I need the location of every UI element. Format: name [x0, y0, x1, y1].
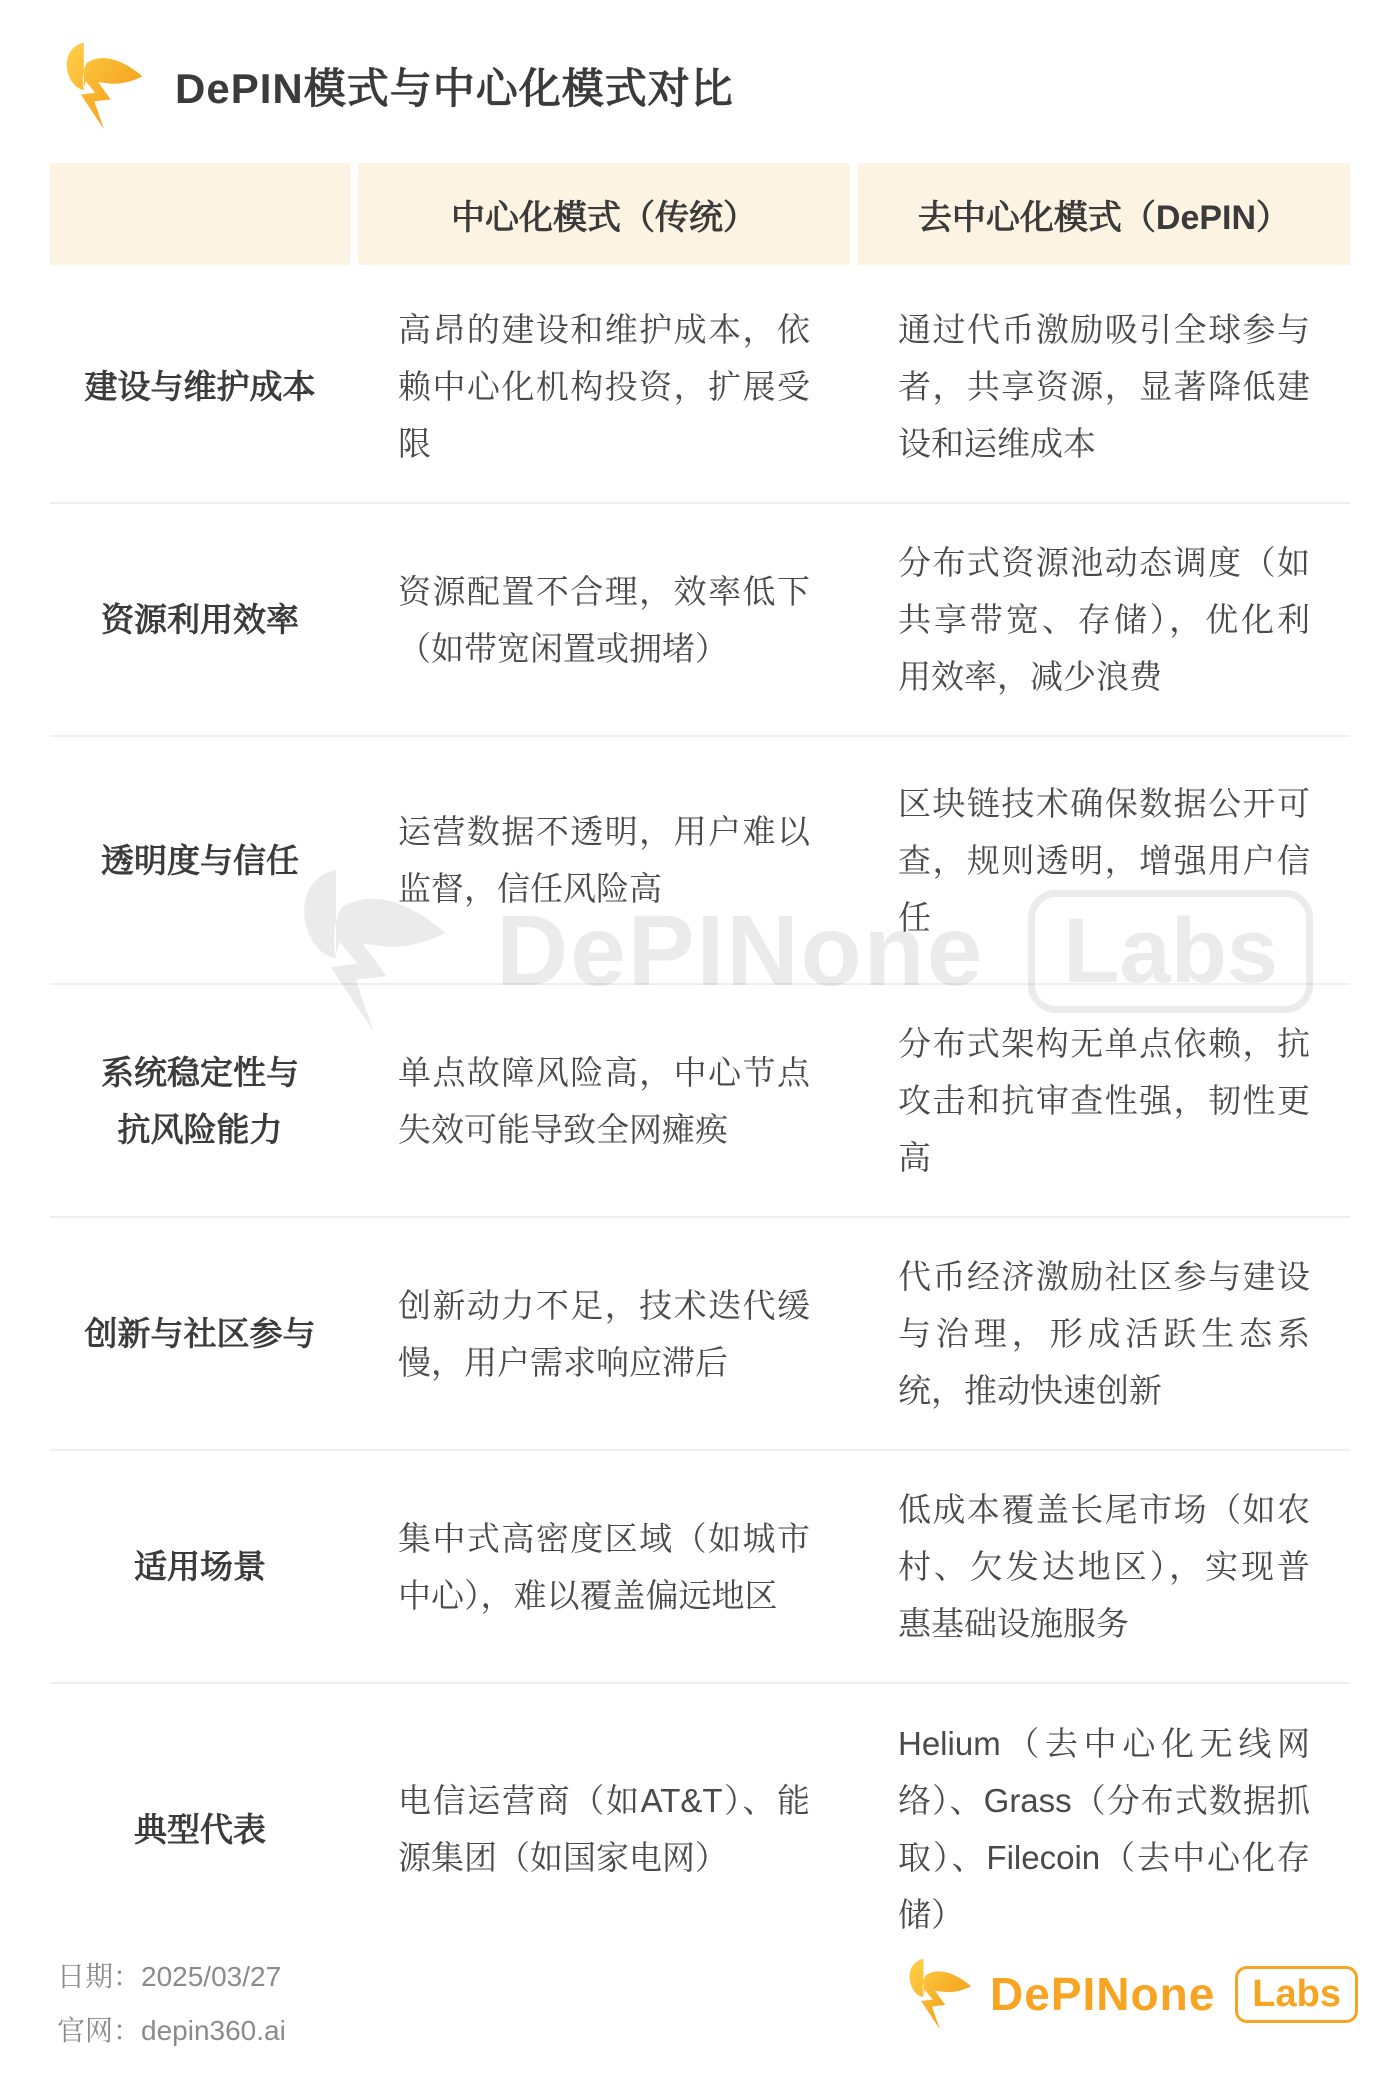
row-label: 典型代表 [50, 1684, 350, 1974]
table-row: 适用场景 集中式高密度区域（如城市中心），难以覆盖偏远地区 低成本覆盖长尾市场（… [50, 1449, 1350, 1682]
lightning-bolt-icon [55, 36, 151, 136]
footer-brand-logo: DePINone Labs [900, 1952, 1358, 2036]
footer-site: 官网：depin360.ai [57, 2004, 286, 2058]
row-label: 创新与社区参与 [50, 1218, 350, 1449]
footer-brand-suffix: Labs [1235, 1966, 1358, 2023]
table-row: 资源利用效率 资源配置不合理，效率低下（如带宽闲置或拥堵） 分布式资源池动态调度… [50, 502, 1350, 735]
table-row: 系统稳定性与 抗风险能力 单点故障风险高，中心节点失效可能导致全网瘫痪 分布式架… [50, 983, 1350, 1216]
cell-depin: 低成本覆盖长尾市场（如农村、欠发达地区），实现普惠基础设施服务 [858, 1451, 1350, 1682]
footer-site-value: depin360.ai [141, 2015, 286, 2046]
header-cell-empty [50, 163, 350, 265]
header-cell-depin: 去中心化模式（DePIN） [858, 163, 1350, 265]
lightning-bolt-icon [900, 1952, 978, 2036]
row-label: 资源利用效率 [50, 504, 350, 735]
page-header: DePIN模式与中心化模式对比 [55, 36, 734, 136]
cell-depin: Helium（去中心化无线网络）、Grass（分布式数据抓取）、Filecoin… [858, 1685, 1350, 1973]
row-label: 适用场景 [50, 1451, 350, 1682]
footer-date-label: 日期： [57, 1961, 141, 1992]
cell-centralized: 电信运营商（如AT&T）、能源集团（如国家电网） [358, 1742, 850, 1916]
page-title: DePIN模式与中心化模式对比 [175, 56, 734, 116]
row-label: 系统稳定性与 抗风险能力 [50, 985, 350, 1216]
cell-depin: 分布式架构无单点依赖，抗攻击和抗审查性强，韧性更高 [858, 985, 1350, 1216]
footer-date-value: 2025/03/27 [141, 1961, 281, 1992]
cell-depin: 区块链技术确保数据公开可查，规则透明，增强用户信任 [858, 745, 1350, 976]
table-row: 典型代表 电信运营商（如AT&T）、能源集团（如国家电网） Helium（去中心… [50, 1682, 1350, 1974]
cell-centralized: 资源配置不合理，效率低下（如带宽闲置或拥堵） [358, 533, 850, 707]
comparison-table: 中心化模式（传统） 去中心化模式（DePIN） 建设与维护成本 高昂的建设和维护… [50, 163, 1350, 1974]
cell-centralized: 运营数据不透明，用户难以监督，信任风险高 [358, 773, 850, 947]
table-header-row: 中心化模式（传统） 去中心化模式（DePIN） [50, 163, 1350, 265]
footer-site-label: 官网： [57, 2015, 141, 2046]
cell-centralized: 高昂的建设和维护成本，依赖中心化机构投资，扩展受限 [358, 271, 850, 502]
footer-date: 日期：2025/03/27 [57, 1950, 286, 2004]
cell-depin: 代币经济激励社区参与建设与治理，形成活跃生态系统，推动快速创新 [858, 1218, 1350, 1449]
cell-centralized: 创新动力不足，技术迭代缓慢，用户需求响应滞后 [358, 1247, 850, 1421]
cell-centralized: 集中式高密度区域（如城市中心），难以覆盖偏远地区 [358, 1480, 850, 1654]
cell-depin: 通过代币激励吸引全球参与者，共享资源，显著降低建设和运维成本 [858, 271, 1350, 502]
footer-meta: 日期：2025/03/27 官网：depin360.ai [57, 1950, 286, 2058]
footer-brand-name: DePINone [990, 1967, 1215, 2021]
cell-depin: 分布式资源池动态调度（如共享带宽、存储），优化利用效率，减少浪费 [858, 504, 1350, 735]
cell-centralized: 单点故障风险高，中心节点失效可能导致全网瘫痪 [358, 1014, 850, 1188]
table-row: 建设与维护成本 高昂的建设和维护成本，依赖中心化机构投资，扩展受限 通过代币激励… [50, 271, 1350, 502]
row-label: 建设与维护成本 [50, 271, 350, 502]
header-cell-centralized: 中心化模式（传统） [358, 163, 850, 265]
table-row: 创新与社区参与 创新动力不足，技术迭代缓慢，用户需求响应滞后 代币经济激励社区参… [50, 1216, 1350, 1449]
row-label: 透明度与信任 [50, 737, 350, 983]
table-row: 透明度与信任 运营数据不透明，用户难以监督，信任风险高 区块链技术确保数据公开可… [50, 735, 1350, 983]
